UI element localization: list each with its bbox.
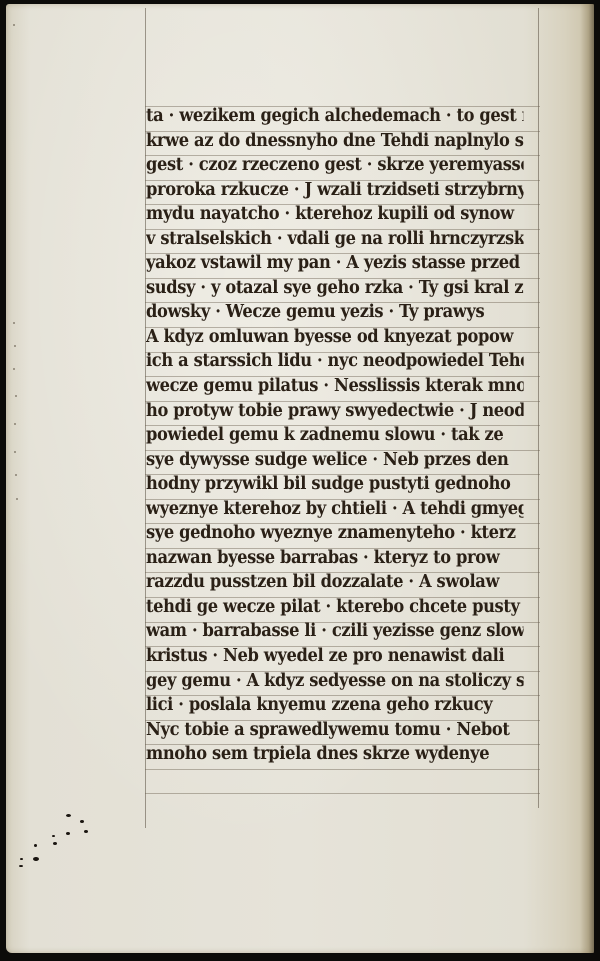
text-line: sye dywysse sudge welice · Neb przes den [146,448,524,473]
text-line: sye gednoho wyeznye znamenyteho · kterz [146,521,524,546]
ruling-line [145,793,540,794]
text-line: yakoz vstawil my pan · A yezis stasse pr… [146,251,524,276]
text-line: powiedel gemu k zadnemu slowu · tak ze [146,423,524,448]
text-line: gey gemu · A kdyz sedyesse on na stolicz… [146,669,524,694]
text-line: sudsy · y otazal sye geho rzka · Ty gsi … [146,276,524,301]
text-line: mydu nayatcho · kterehoz kupili od synow [146,202,524,227]
text-line: nazwan byesse barrabas · kteryz to prow [146,546,524,571]
text-line: wyeznye kterehoz by chtieli · A tehdi gm… [146,497,524,522]
text-line: ho protyw tobie prawy swyedectwie · J ne… [146,399,524,424]
text-line: krwe az do dnessnyho dne Tehdi naplnylo … [146,129,524,154]
text-line: Nyc tobie a sprawedlywemu tomu · Nebot [146,718,524,743]
text-line: gest · czoz rzeczeno gest · skrze yeremy… [146,153,524,178]
ruling-line [145,769,540,770]
text-line: mnoho sem trpiela dnes skrze wydenye [146,742,524,767]
text-line: proroka rzkucze · J wzali trzidseti strz… [146,178,524,203]
page-edge-shadow [580,4,594,953]
text-line: wecze gemu pilatus · Nesslissis kterak m… [146,374,524,399]
text-block: ta · wezikem gegich alchedemach · to ges… [146,104,552,767]
text-line: tehdi ge wecze pilat · kterebo chcete pu… [146,595,524,620]
text-line: kristus · Neb wyedel ze pro nenawist dal… [146,644,524,669]
manuscript-page: ta · wezikem gegich alchedemach · to ges… [6,4,594,953]
text-line: A kdyz omluwan byesse od knyezat popow [146,325,524,350]
text-line: razzdu pusstzen bil dozzalate · A swolaw [146,570,524,595]
text-line: ich a starssich lidu · nyc neodpowiedel … [146,349,524,374]
text-line: dowsky · Wecze gemu yezis · Ty prawys [146,300,524,325]
text-line: hodny przywikl bil sudge pustyti gednoho [146,472,524,497]
text-line: lici · poslala knyemu zzena geho rzkucy [146,693,524,718]
text-line: wam · barrabasse li · czili yezisse genz… [146,619,524,644]
text-line: v stralselskich · vdali ge na rolli hrnc… [146,227,524,252]
text-line: ta · wezikem gegich alchedemach · to ges… [146,104,524,129]
